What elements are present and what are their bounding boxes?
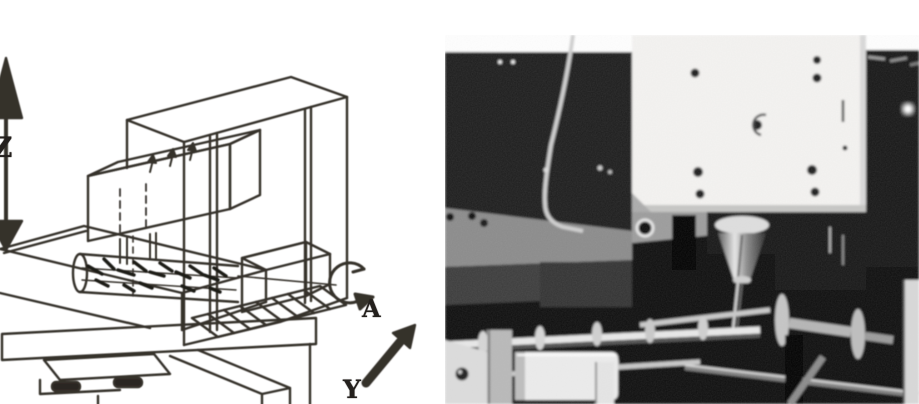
way-cover-stripes [192,286,346,337]
spindle-feed-marks-icon [148,143,196,172]
a-axis-centerline [238,276,336,285]
rotary-workpiece [73,254,238,302]
z-axis-label: Z [0,134,12,162]
film-grain-overlay [445,35,919,404]
machine-base [40,344,310,404]
machine-line-drawing [0,0,430,404]
spindle-head-box [88,130,260,241]
machine-column [127,77,347,345]
machine-diagram-panel: Z A Y [0,0,430,404]
a-axis-label: A [362,297,381,321]
machine-photo-panel [445,0,919,404]
y-axis-label: Y [343,377,361,402]
machine-photograph [445,35,919,404]
figure-canvas: Z A Y [0,0,919,404]
y-axis-arrow-icon [366,325,415,383]
